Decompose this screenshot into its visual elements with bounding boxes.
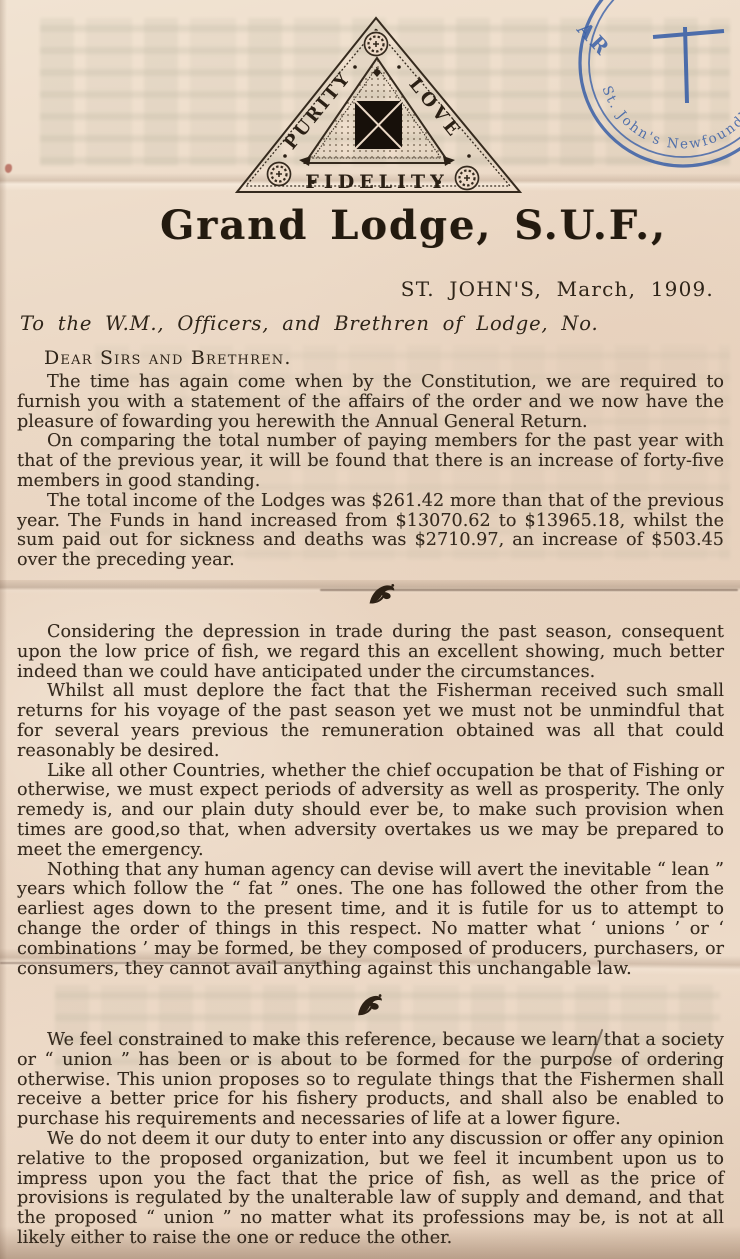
svg-text:St. John's Newfoundland: St. John's Newfoundland: [599, 84, 740, 153]
fleuron-divider-icon: [349, 989, 388, 1022]
paragraph: Considering the depression in trade duri…: [17, 623, 724, 682]
body-section-1: The time has again come when by the Cons…: [17, 373, 724, 571]
body-section-2: Considering the depression in trade duri…: [17, 623, 724, 979]
address-line: To the W.M., Officers, and Brethren of L…: [20, 312, 598, 335]
paragraph: Like all other Countries, whether the ch…: [17, 762, 724, 861]
ink-speck: [5, 164, 12, 173]
page-shadow: [0, 0, 7, 1259]
archives-stamp: AR St. John's Newfoundland: [540, 0, 740, 190]
body-section-3: We feel constrained to make this referen…: [17, 1031, 724, 1249]
page-title: Grand Lodge, S.U.F.,: [160, 202, 667, 249]
maltese-cross-icon: [355, 101, 402, 149]
rosette-icon: [268, 163, 291, 186]
stamp-bottom-text: St. John's Newfoundland: [599, 84, 740, 153]
cross-icon: [653, 27, 724, 103]
paragraph: Nothing that any human agency can devise…: [17, 861, 724, 980]
stamp-top-text: AR: [572, 16, 616, 61]
rosette-icon: [365, 33, 388, 56]
paragraph: We do not deem it our duty to enter into…: [17, 1130, 724, 1249]
suf-emblem: PURITY LOVE FIDELITY: [225, 10, 525, 202]
letter-sheet: AR St. John's Newfoundland: [0, 0, 740, 1259]
paragraph: The time has again come when by the Cons…: [17, 373, 724, 432]
paragraph: Whilst all must deplore the fact that th…: [17, 682, 724, 761]
rosette-icon: [456, 167, 479, 190]
paragraph: We feel constrained to make this referen…: [17, 1031, 724, 1130]
paragraph: On comparing the total number of paying …: [17, 432, 724, 491]
dateline: ST. JOHN'S, March, 1909.: [401, 277, 714, 301]
fleuron-divider-icon: [362, 579, 400, 611]
paragraph: The total income of the Lodges was $261.…: [17, 492, 724, 571]
salutation: Dear Sirs and Brethren.: [44, 347, 292, 369]
emblem-word-fidelity: FIDELITY: [305, 171, 448, 193]
